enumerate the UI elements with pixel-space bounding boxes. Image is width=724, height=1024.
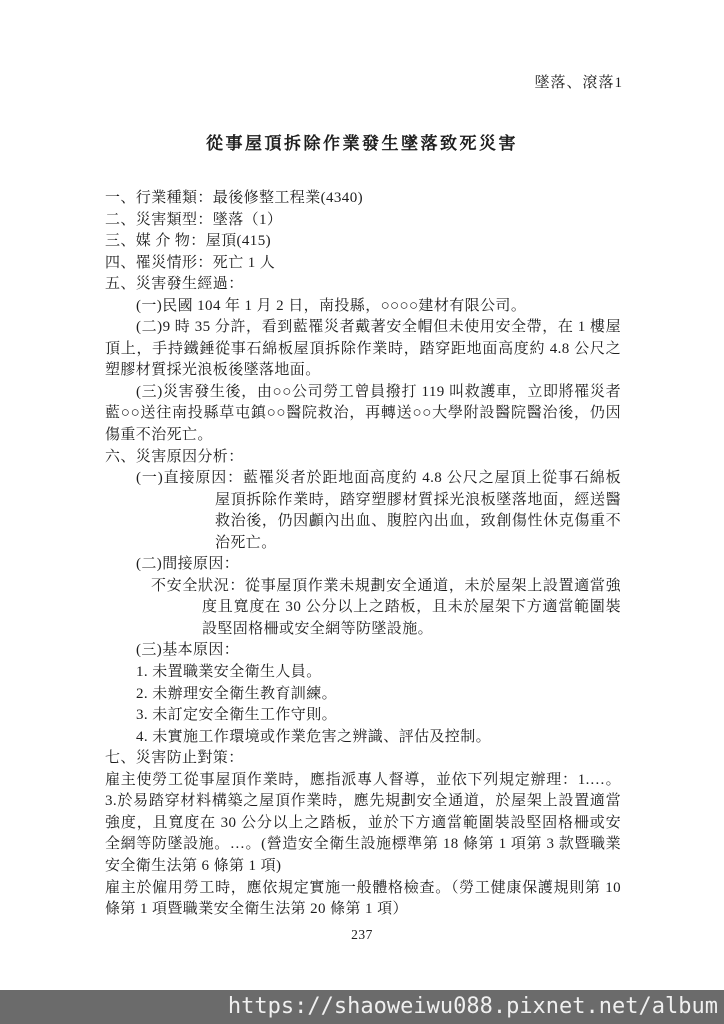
- item-casualty-status: 四、罹災情形：死亡 1 人: [105, 253, 621, 275]
- page-number: 237: [0, 927, 724, 943]
- basic-cause-2: 2. 未辦理安全衛生教育訓練。: [105, 684, 621, 706]
- item-disaster-type: 二、災害類型：墜落（1）: [105, 210, 621, 232]
- item-accident-course-heading: 五、災害發生經過：: [105, 274, 621, 296]
- basic-cause-1: 1. 未置職業安全衛生人員。: [105, 662, 621, 684]
- document-body: 一、行業種類：最後修整工程業(4340) 二、災害類型：墜落（1） 三、媒 介 …: [105, 188, 621, 921]
- watermark-bar: https://shaoweiwu088.pixnet.net/album: [0, 990, 724, 1024]
- item-industry-type: 一、行業種類：最後修整工程業(4340): [105, 188, 621, 210]
- prevention-measure-2: 雇主於僱用勞工時，應依規定實施一般體格檢查。（勞工健康保護規則第 10 條第 1…: [105, 878, 621, 921]
- item-prevention-heading: 七、災害防止對策：: [105, 748, 621, 770]
- item-medium-object: 三、媒 介 物：屋頂(415): [105, 231, 621, 253]
- document-page: 墜落、滾落1 從事屋頂拆除作業發生墜落致死災害 一、行業種類：最後修整工程業(4…: [0, 0, 724, 1024]
- basic-cause-4: 4. 未實施工作環境或作業危害之辨識、評估及控制。: [105, 727, 621, 749]
- accident-course-sub-3: (三)災害發生後，由○○公司勞工曾員撥打 119 叫救護車，立即將罹災者藍○○送…: [105, 382, 621, 447]
- page-title: 從事屋頂拆除作業發生墜落致死災害: [0, 129, 724, 154]
- indirect-cause-heading: (二)間接原因：: [105, 554, 621, 576]
- accident-course-sub-2: (二)9 時 35 分許，看到藍罹災者戴著安全帽但未使用安全帶，在 1 樓屋頂上…: [105, 317, 621, 382]
- item-cause-analysis-heading: 六、災害原因分析：: [105, 447, 621, 469]
- basic-cause-3: 3. 未訂定安全衛生工作守則。: [105, 705, 621, 727]
- accident-course-sub-1: (一)民國 104 年 1 月 2 日，南投縣，○○○○建材有限公司。: [105, 296, 621, 318]
- watermark-url: https://shaoweiwu088.pixnet.net/album: [228, 994, 718, 1019]
- basic-cause-heading: (三)基本原因：: [105, 640, 621, 662]
- unsafe-condition: 不安全狀況：從事屋頂作業未規劃安全通道，未於屋架上設置適當強度且寬度在 30 公…: [105, 576, 621, 641]
- prevention-measure-1: 雇主使勞工從事屋頂作業時，應指派專人督導，並依下列規定辦理：1.…。3.於易踏穿…: [105, 770, 621, 878]
- direct-cause: (一)直接原因：藍罹災者於距地面高度約 4.8 公尺之屋頂上從事石綿板屋頂拆除作…: [105, 468, 621, 554]
- header-category-label: 墜落、滾落1: [534, 71, 623, 92]
